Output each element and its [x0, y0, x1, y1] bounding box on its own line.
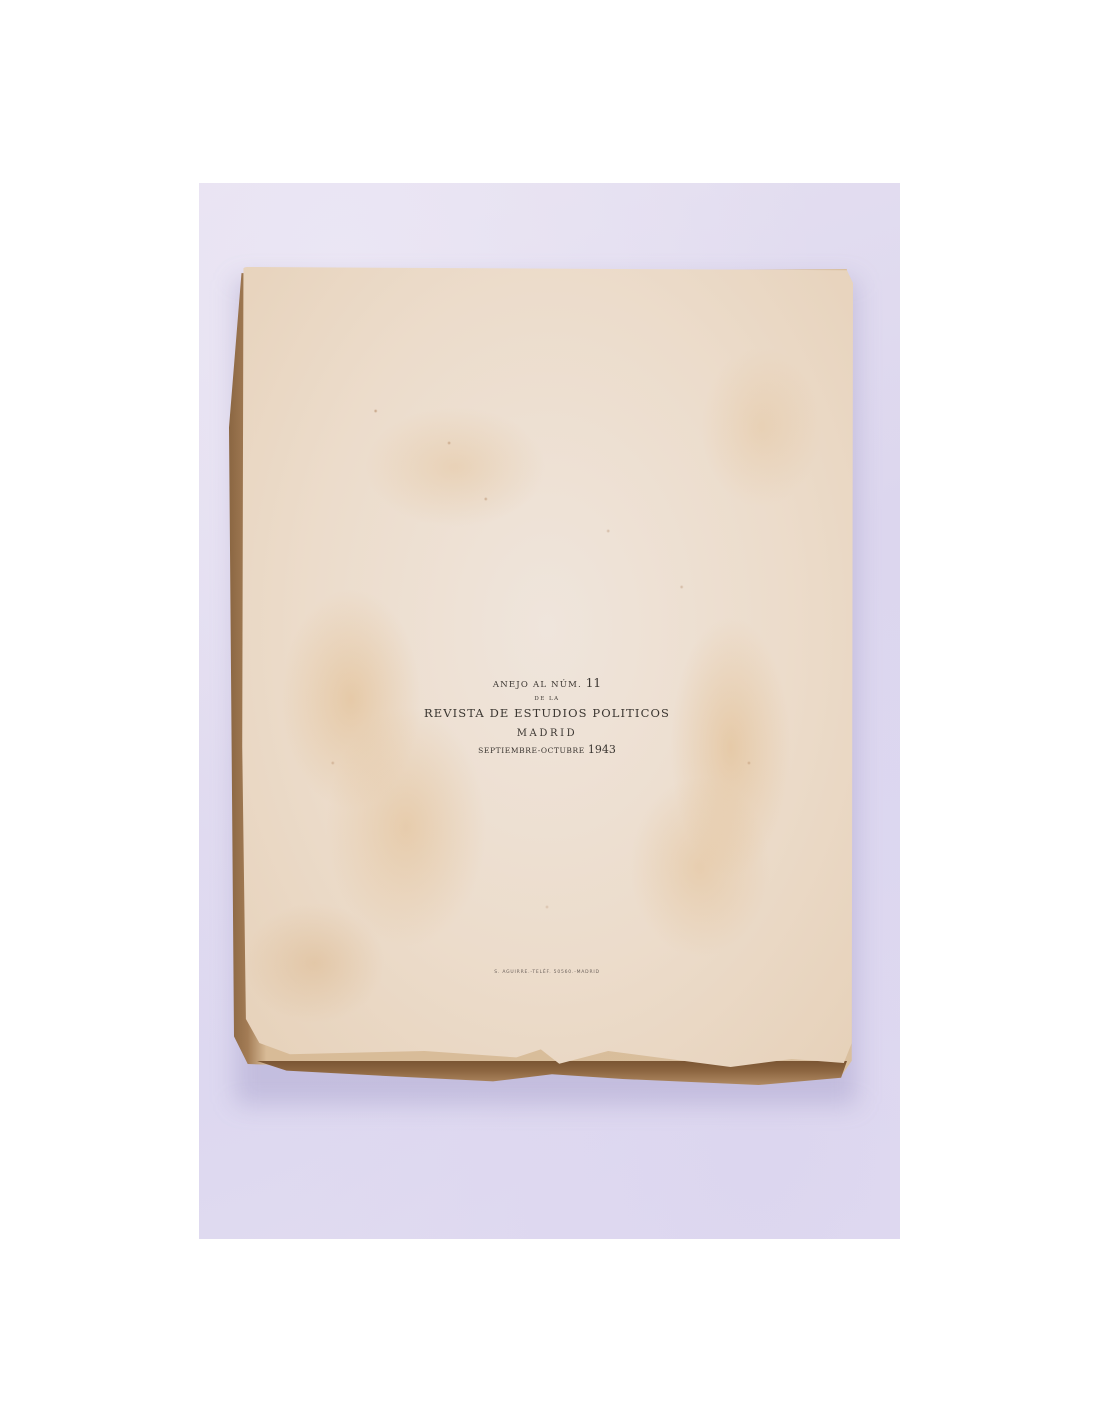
date-line: SEPTIEMBRE-OCTUBRE 1943 [241, 744, 853, 755]
photograph: ANEJO AL NÚM. 11 DE LA REVISTA DE ESTUDI… [199, 183, 900, 1239]
date-year: 1943 [588, 743, 616, 756]
city-line: MADRID [241, 729, 853, 739]
date-months: SEPTIEMBRE-OCTUBRE [478, 746, 585, 755]
de-la-line: DE LA [241, 697, 853, 703]
anejo-prefix: ANEJO AL NÚM. [493, 680, 582, 690]
book-back-cover: ANEJO AL NÚM. 11 DE LA REVISTA DE ESTUDI… [241, 267, 853, 1067]
anejo-line: ANEJO AL NÚM. 11 [241, 677, 853, 690]
cover-title-block: ANEJO AL NÚM. 11 DE LA REVISTA DE ESTUDI… [241, 677, 853, 755]
printer-imprint: S. AGUIRRE.-TELÉF. 50560.-MADRID [241, 970, 853, 975]
journal-title: REVISTA DE ESTUDIOS POLITICOS [241, 708, 853, 720]
anejo-number: 11 [586, 676, 601, 690]
